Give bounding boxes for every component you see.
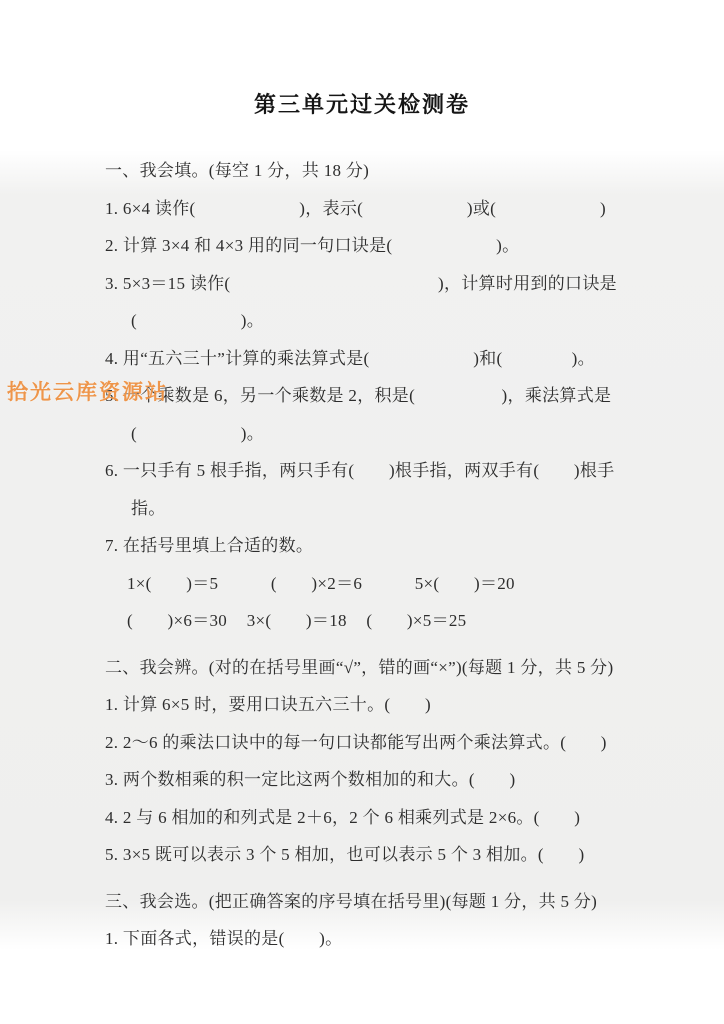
equation-row-2: ( )×6＝30 3×( )＝18 ( )×5＝25 xyxy=(105,602,724,640)
question-line-5: 5. 一个乘数是 6，另一个乘数是 2，积是( )，乘法算式是 xyxy=(105,377,724,415)
choose-item-1: 1. 下面各式，错误的是( )。 xyxy=(105,920,724,958)
equation-blank-4: ( )×6＝30 xyxy=(127,611,227,630)
equation-row-1: 1×( )＝5 ( )×2＝6 5×( )＝20 xyxy=(105,565,724,603)
question-line-2: 2. 计算 3×4 和 4×3 用的同一句口诀是( )。 xyxy=(105,227,724,265)
equation-blank-6: ( )×5＝25 xyxy=(366,611,466,630)
equation-blank-5: 3×( )＝18 xyxy=(247,611,347,630)
judge-item-2: 2. 2～6 的乘法口诀中的每一句口诀都能写出两个乘法算式。( ) xyxy=(105,724,724,762)
equation-blank-3: 5×( )＝20 xyxy=(415,574,515,593)
question-line-5-continuation: ( )。 xyxy=(105,415,724,453)
watermark: 拾光云库资源站 xyxy=(7,376,168,406)
judge-item-4: 4. 2 与 6 相加的和列式是 2＋6，2 个 6 相乘列式是 2×6。( ) xyxy=(105,799,724,837)
question-line-3: 3. 5×3＝15 读作( )，计算时用到的口诀是 xyxy=(105,265,724,303)
equation-blank-2: ( )×2＝6 xyxy=(271,574,362,593)
section-judge-heading: 二、我会辨。(对的在括号里画“√”，错的画“×”)(每题 1 分，共 5 分) xyxy=(105,649,724,687)
section-fill-heading: 一、我会填。(每空 1 分，共 18 分) xyxy=(105,152,724,190)
page-title: 第三单元过关检测卷 xyxy=(0,92,724,118)
test-paper-page: 第三单元过关检测卷 一、我会填。(每空 1 分，共 18 分) 1. 6×4 读… xyxy=(0,0,724,1024)
judge-item-5: 5. 3×5 既可以表示 3 个 5 相加，也可以表示 5 个 3 相加。( ) xyxy=(105,836,724,874)
question-line-6-continuation: 指。 xyxy=(105,490,724,528)
judge-item-3: 3. 两个数相乘的积一定比这两个数相加的和大。( ) xyxy=(105,761,724,799)
question-line-1: 1. 6×4 读作( )，表示( )或( ) xyxy=(105,190,724,228)
question-line-7: 7. 在括号里填上合适的数。 xyxy=(105,527,724,565)
paper-content: 一、我会填。(每空 1 分，共 18 分) 1. 6×4 读作( )，表示( )… xyxy=(0,152,724,958)
section-choose-heading: 三、我会选。(把正确答案的序号填在括号里)(每题 1 分，共 5 分) xyxy=(105,883,724,921)
judge-item-1: 1. 计算 6×5 时，要用口诀五六三十。( ) xyxy=(105,686,724,724)
question-line-4: 4. 用“五六三十”计算的乘法算式是( )和( )。 xyxy=(105,340,724,378)
equation-blank-1: 1×( )＝5 xyxy=(127,574,218,593)
question-line-6: 6. 一只手有 5 根手指，两只手有( )根手指，两双手有( )根手 xyxy=(105,452,724,490)
question-line-3-continuation: ( )。 xyxy=(105,302,724,340)
